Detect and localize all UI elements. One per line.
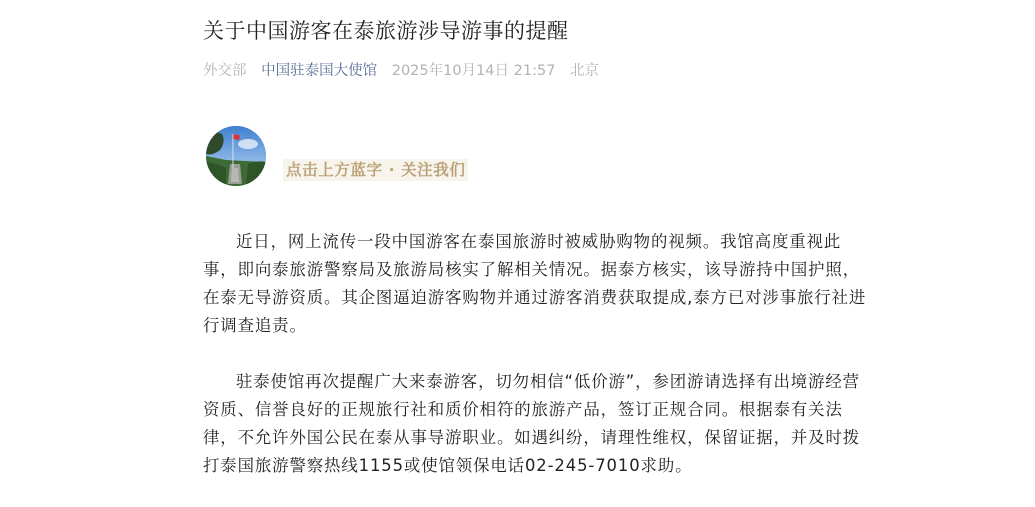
- meta-location: 北京: [570, 63, 599, 79]
- paragraph-line: 近日，网上流传一段中国游客在泰国旅游时被威胁购物的视频。我馆高度重视此: [203, 228, 866, 256]
- article-paragraph-1: 近日，网上流传一段中国游客在泰国旅游时被威胁购物的视频。我馆高度重视此 事，即向…: [203, 228, 866, 340]
- meta-author: 外交部: [203, 63, 247, 79]
- paragraph-line: 驻泰使馆再次提醒广大来泰游客，切勿相信“低价游”，参团游请选择有出境游经营: [203, 368, 860, 396]
- meta-publish-date: 2025年10月14日 21:57: [392, 63, 556, 79]
- paragraph-line: 律，不允许外国公民在泰从事导游职业。如遇纠纷，请理性维权，保留证据，并及时拨: [203, 424, 860, 452]
- account-profile-block: 点击上方蓝字 · 关注我们: [206, 126, 506, 188]
- article-meta: 外交部 中国驻泰国大使馆 2025年10月14日 21:57 北京: [203, 60, 609, 82]
- meta-account-link[interactable]: 中国驻泰国大使馆: [261, 63, 377, 79]
- paragraph-line: 资质、信誉良好的正规旅行社和质价相符的旅游产品，签订正规合同。根据泰有关法: [203, 396, 860, 424]
- follow-us-banner[interactable]: 点击上方蓝字 · 关注我们: [283, 159, 468, 181]
- article-title: 关于中国游客在泰旅游涉导游事的提醒: [203, 16, 569, 46]
- paragraph-line: 打泰国旅游警察热线1155或使馆领保电话02-245-7010求助。: [203, 452, 860, 480]
- avatar-photo-flag-icon[interactable]: [206, 126, 266, 186]
- article-paragraph-2: 驻泰使馆再次提醒广大来泰游客，切勿相信“低价游”，参团游请选择有出境游经营 资质…: [203, 368, 860, 480]
- paragraph-line: 行调查追责。: [203, 312, 866, 340]
- paragraph-line: 事，即向泰旅游警察局及旅游局核实了解相关情况。据泰方核实，该导游持中国护照，: [203, 256, 866, 284]
- paragraph-line: 在泰无导游资质。其企图逼迫游客购物并通过游客消费获取提成,泰方已对涉事旅行社进: [203, 284, 866, 312]
